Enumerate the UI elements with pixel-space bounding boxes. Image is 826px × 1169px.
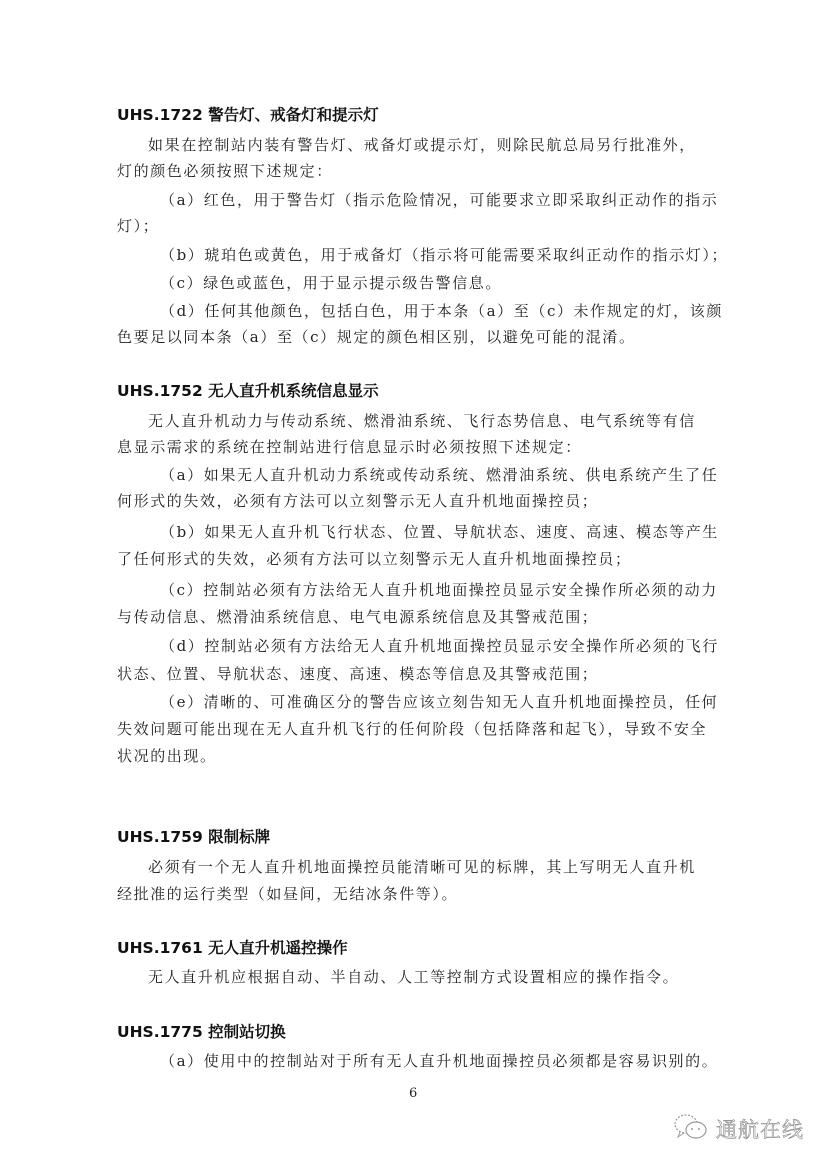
paragraph-line: 失效问题可能出现在无人直升机飞行的任何阶段（包括降落和起飞），导致不安全 bbox=[117, 718, 707, 739]
list-item-a: （a）红色，用于警告灯（指示危险情况，可能要求立即采取纠正动作的指示 bbox=[160, 189, 718, 210]
paragraph-line: 与传动信息、燃滑油系统信息、电气电源系统信息及其警戒范围； bbox=[117, 606, 598, 627]
section-heading-1761: UHS.1761 无人直升机遥控操作 bbox=[117, 936, 348, 958]
paragraph-line: 息显示需求的系统在控制站进行信息显示时必须按照下述规定： bbox=[117, 436, 582, 457]
list-item-c: （c）绿色或蓝色，用于显示提示级告警信息。 bbox=[160, 272, 502, 293]
list-item-b: （b）琥珀色或黄色，用于戒备灯（指示将可能需要采取纠正动作的指示灯）； bbox=[160, 244, 728, 265]
section-heading-1722: UHS.1722 警告灯、戒备灯和提示灯 bbox=[117, 103, 379, 125]
paragraph-line: 无人直升机应根据自动、半自动、人工等控制方式设置相应的操作指令。 bbox=[148, 966, 679, 987]
page-number: 6 bbox=[409, 1086, 417, 1101]
section-heading-1775: UHS.1775 控制站切换 bbox=[117, 1020, 286, 1042]
section-heading-1759: UHS.1759 限制标牌 bbox=[117, 825, 270, 847]
paragraph-line: 如果在控制站内装有警告灯、戒备灯或提示灯，则除民航总局另行批准外， bbox=[148, 134, 696, 155]
watermark: 通航在线 bbox=[672, 1112, 804, 1146]
paragraph-line: 状况的出现。 bbox=[117, 745, 217, 766]
paragraph-line: 必须有一个无人直升机地面操控员能清晰可见的标牌，其上写明无人直升机 bbox=[148, 856, 696, 877]
paragraph-line: 灯）； bbox=[117, 215, 159, 236]
list-item-d: （d）任何其他颜色，包括白色，用于本条（a）至（c）未作规定的灯，该颜 bbox=[160, 300, 723, 321]
paragraph-line: 色要足以同本条（a）至（c）规定的颜色相区别，以避免可能的混淆。 bbox=[117, 326, 636, 347]
section-heading-1752: UHS.1752 无人直升机系统信息显示 bbox=[117, 379, 379, 401]
paragraph-line: 状态、位置、导航状态、速度、高速、模态等信息及其警戒范围； bbox=[117, 663, 598, 684]
wechat-icon bbox=[672, 1112, 710, 1146]
list-item-e: （e）清晰的、可准确区分的警告应该立刻告知无人直升机地面操控员，任何 bbox=[160, 691, 718, 712]
paragraph-line: 灯的颜色必须按照下述规定： bbox=[117, 160, 333, 181]
document-page: UHS.1722 警告灯、戒备灯和提示灯 如果在控制站内装有警告灯、戒备灯或提示… bbox=[0, 0, 826, 1169]
list-item-b: （b）如果无人直升机飞行状态、位置、导航状态、速度、高速、模态等产生 bbox=[160, 521, 719, 542]
paragraph-line: 无人直升机动力与传动系统、燃滑油系统、飞行态势信息、电气系统等有信 bbox=[148, 410, 696, 431]
paragraph-line: 何形式的失效，必须有方法可以立刻警示无人直升机地面操控员； bbox=[117, 490, 598, 511]
watermark-text: 通航在线 bbox=[716, 1114, 804, 1144]
list-item-a: （a）如果无人直升机动力系统或传动系统、燃滑油系统、供电系统产生了任 bbox=[160, 464, 718, 485]
paragraph-line: 了任何形式的失效，必须有方法可以立刻警示无人直升机地面操控员； bbox=[117, 548, 632, 569]
paragraph-line: 经批准的运行类型（如昼间，无结冰条件等）。 bbox=[117, 883, 458, 904]
list-item-a: （a）使用中的控制站对于所有无人直升机地面操控员必须都是容易识别的。 bbox=[160, 1050, 718, 1071]
list-item-c: （c）控制站必须有方法给无人直升机地面操控员显示安全操作所必须的动力 bbox=[160, 579, 718, 600]
list-item-d: （d）控制站必须有方法给无人直升机地面操控员显示安全操作所必须的飞行 bbox=[160, 635, 719, 656]
